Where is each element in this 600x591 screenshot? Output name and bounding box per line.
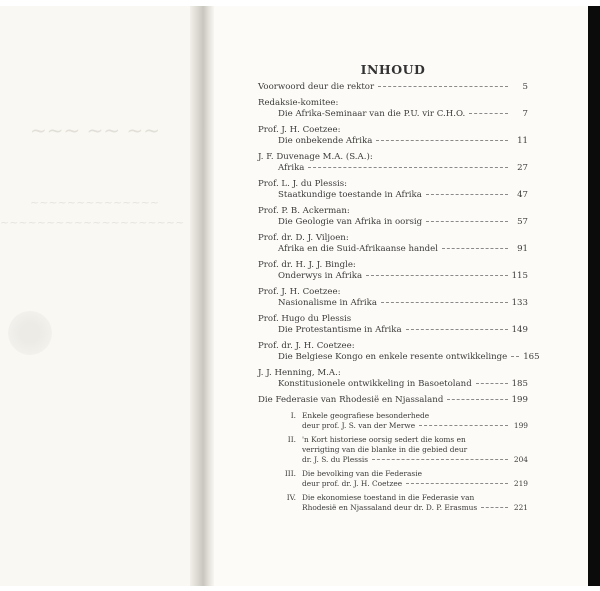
toc-entry: Voorwoord deur die rektor5 bbox=[258, 83, 528, 94]
toc-subsection: IV.Die ekonomiese toestand in die Federa… bbox=[280, 494, 528, 514]
roman-numeral: IV. bbox=[280, 494, 296, 501]
subsection-text: verrigting van die blanke in die gebied … bbox=[302, 446, 467, 453]
page-number: 57 bbox=[512, 218, 528, 227]
leader-dots bbox=[406, 483, 508, 484]
page-number: 165 bbox=[523, 353, 539, 362]
toc-title: INHOUD bbox=[258, 64, 528, 77]
entry-author: Prof. Hugo du Plessis bbox=[258, 315, 351, 324]
entry-author: Prof. J. H. Coetzee: bbox=[258, 288, 340, 297]
entry-author: Prof. L. J. du Plessis: bbox=[258, 180, 347, 189]
roman-numeral: III. bbox=[280, 470, 296, 477]
toc-entry: J. J. Henning, M.A.:Konstitusionele ontw… bbox=[258, 369, 528, 391]
entry-title: Die Afrika-Seminaar van die P.U. vir C.H… bbox=[278, 110, 465, 119]
subsection-text: 'n Kort historiese oorsig sedert die kom… bbox=[302, 436, 466, 443]
page-number: 219 bbox=[512, 480, 528, 487]
entry-title: Afrika bbox=[278, 164, 304, 173]
leader-dots bbox=[511, 356, 519, 357]
entry-title: Staatkundige toestande in Afrika bbox=[278, 191, 422, 200]
entry-title: Onderwys in Afrika bbox=[278, 272, 362, 281]
page-number: 199 bbox=[512, 396, 528, 405]
entry-author: Prof. dr. J. H. Coetzee: bbox=[258, 342, 355, 351]
left-page: ~~~ ~~ ~~ ~~~~~~~~~~~~~~ ~~~~~~~~~~~~~~~… bbox=[0, 6, 200, 586]
entry-title: Die Federasie van Rhodesië en Njassaland bbox=[258, 396, 443, 405]
roman-numeral: II. bbox=[280, 436, 296, 443]
scan-edge bbox=[588, 6, 600, 586]
toc-subsections: I.Enkele geografiese besonderhededeur pr… bbox=[258, 412, 528, 514]
subsection-text: deur prof. dr. J. H. Coetzee bbox=[302, 480, 402, 487]
subsection-text: Die bevolking van die Federasie bbox=[302, 470, 422, 477]
toc-entry: Prof. Hugo du PlessisDie Protestantisme … bbox=[258, 315, 528, 337]
leader-dots bbox=[481, 507, 508, 508]
entry-title: Die Belgiese Kongo en enkele resente ont… bbox=[278, 353, 507, 362]
roman-numeral: I. bbox=[280, 412, 296, 419]
bleed-through-text: ~~~~~~~~~~~~~~~~~~~~ bbox=[0, 216, 184, 229]
page-number: 91 bbox=[512, 245, 528, 254]
bleed-through-inscription: ~~~ ~~ ~~ bbox=[30, 118, 160, 142]
subsection-text: Rhodesië en Njassaland deur dr. D. P. Er… bbox=[302, 504, 477, 511]
bleed-through-seal bbox=[8, 311, 52, 355]
entry-title: Die onbekende Afrika bbox=[278, 137, 372, 146]
subsection-text: dr. J. S. du Plessis bbox=[302, 456, 368, 463]
leader-dots bbox=[378, 86, 508, 87]
toc-entry: Prof. L. J. du Plessis:Staatkundige toes… bbox=[258, 180, 528, 202]
toc-entry: Prof. J. H. Coetzee:Die onbekende Afrika… bbox=[258, 126, 528, 148]
page-number: 133 bbox=[512, 299, 528, 308]
leader-dots bbox=[366, 275, 508, 276]
entry-author: Prof. P. B. Ackerman: bbox=[258, 207, 350, 216]
entry-author: Prof. dr. D. J. Viljoen: bbox=[258, 234, 349, 243]
page-number: 199 bbox=[512, 422, 528, 429]
subsection-text: Die ekonomiese toestand in die Federasie… bbox=[302, 494, 474, 501]
toc-entry: Prof. dr. D. J. Viljoen:Afrika en die Su… bbox=[258, 234, 528, 256]
toc-entries: Voorwoord deur die rektor5Redaksie-komit… bbox=[258, 83, 528, 407]
leader-dots bbox=[442, 248, 508, 249]
toc-entry: Prof. J. H. Coetzee:Nasionalisme in Afri… bbox=[258, 288, 528, 310]
page-number: 204 bbox=[512, 456, 528, 463]
entry-title: Die Geologie van Afrika in oorsig bbox=[278, 218, 422, 227]
toc-entry: Prof. P. B. Ackerman:Die Geologie van Af… bbox=[258, 207, 528, 229]
leader-dots bbox=[406, 329, 508, 330]
bleed-through-text: ~~~~~~~~~~~~~~ bbox=[30, 196, 159, 209]
subsection-text: deur prof. J. S. van der Merwe bbox=[302, 422, 415, 429]
leader-dots bbox=[447, 399, 507, 400]
book-gutter bbox=[190, 6, 214, 586]
leader-dots bbox=[476, 383, 508, 384]
toc-entry: Prof. dr. J. H. Coetzee:Die Belgiese Kon… bbox=[258, 342, 528, 364]
entry-author: Prof. dr. H. J. J. Bingle: bbox=[258, 261, 356, 270]
entry-author: J. F. Duvenage M.A. (S.A.): bbox=[258, 153, 373, 162]
page-number: 11 bbox=[512, 137, 528, 146]
subsection-text: Enkele geografiese besonderhede bbox=[302, 412, 429, 419]
leader-dots bbox=[426, 221, 508, 222]
leader-dots bbox=[372, 459, 508, 460]
page-number: 47 bbox=[512, 191, 528, 200]
page-number: 185 bbox=[512, 380, 528, 389]
toc-entry: Prof. dr. H. J. J. Bingle:Onderwys in Af… bbox=[258, 261, 528, 283]
entry-title: Konstitusionele ontwikkeling in Basoetol… bbox=[278, 380, 472, 389]
table-of-contents: INHOUD Voorwoord deur die rektor5Redaksi… bbox=[258, 64, 528, 518]
entry-title: Afrika en die Suid-Afrikaanse handel bbox=[278, 245, 438, 254]
toc-subsection: III.Die bevolking van die Federasiedeur … bbox=[280, 470, 528, 490]
leader-dots bbox=[469, 113, 508, 114]
entry-title: Die Protestantisme in Afrika bbox=[278, 326, 402, 335]
page-number: 115 bbox=[512, 272, 528, 281]
page-number: 27 bbox=[512, 164, 528, 173]
entry-author: Redaksie-komitee: bbox=[258, 99, 338, 108]
toc-subsection: II.'n Kort historiese oorsig sedert die … bbox=[280, 436, 528, 466]
leader-dots bbox=[419, 425, 508, 426]
page-number: 149 bbox=[512, 326, 528, 335]
page-number: 7 bbox=[512, 110, 528, 119]
leader-dots bbox=[308, 167, 508, 168]
entry-title: Voorwoord deur die rektor bbox=[258, 83, 374, 92]
page-number: 221 bbox=[512, 504, 528, 511]
leader-dots bbox=[381, 302, 508, 303]
entry-author: J. J. Henning, M.A.: bbox=[258, 369, 341, 378]
page-number: 5 bbox=[512, 83, 528, 92]
entry-title: Nasionalisme in Afrika bbox=[278, 299, 377, 308]
toc-entry: J. F. Duvenage M.A. (S.A.):Afrika27 bbox=[258, 153, 528, 175]
leader-dots bbox=[426, 194, 508, 195]
leader-dots bbox=[376, 140, 508, 141]
toc-entry: Redaksie-komitee:Die Afrika-Seminaar van… bbox=[258, 99, 528, 121]
toc-entry: Die Federasie van Rhodesië en Njassaland… bbox=[258, 396, 528, 407]
toc-subsection: I.Enkele geografiese besonderhededeur pr… bbox=[280, 412, 528, 432]
entry-author: Prof. J. H. Coetzee: bbox=[258, 126, 340, 135]
